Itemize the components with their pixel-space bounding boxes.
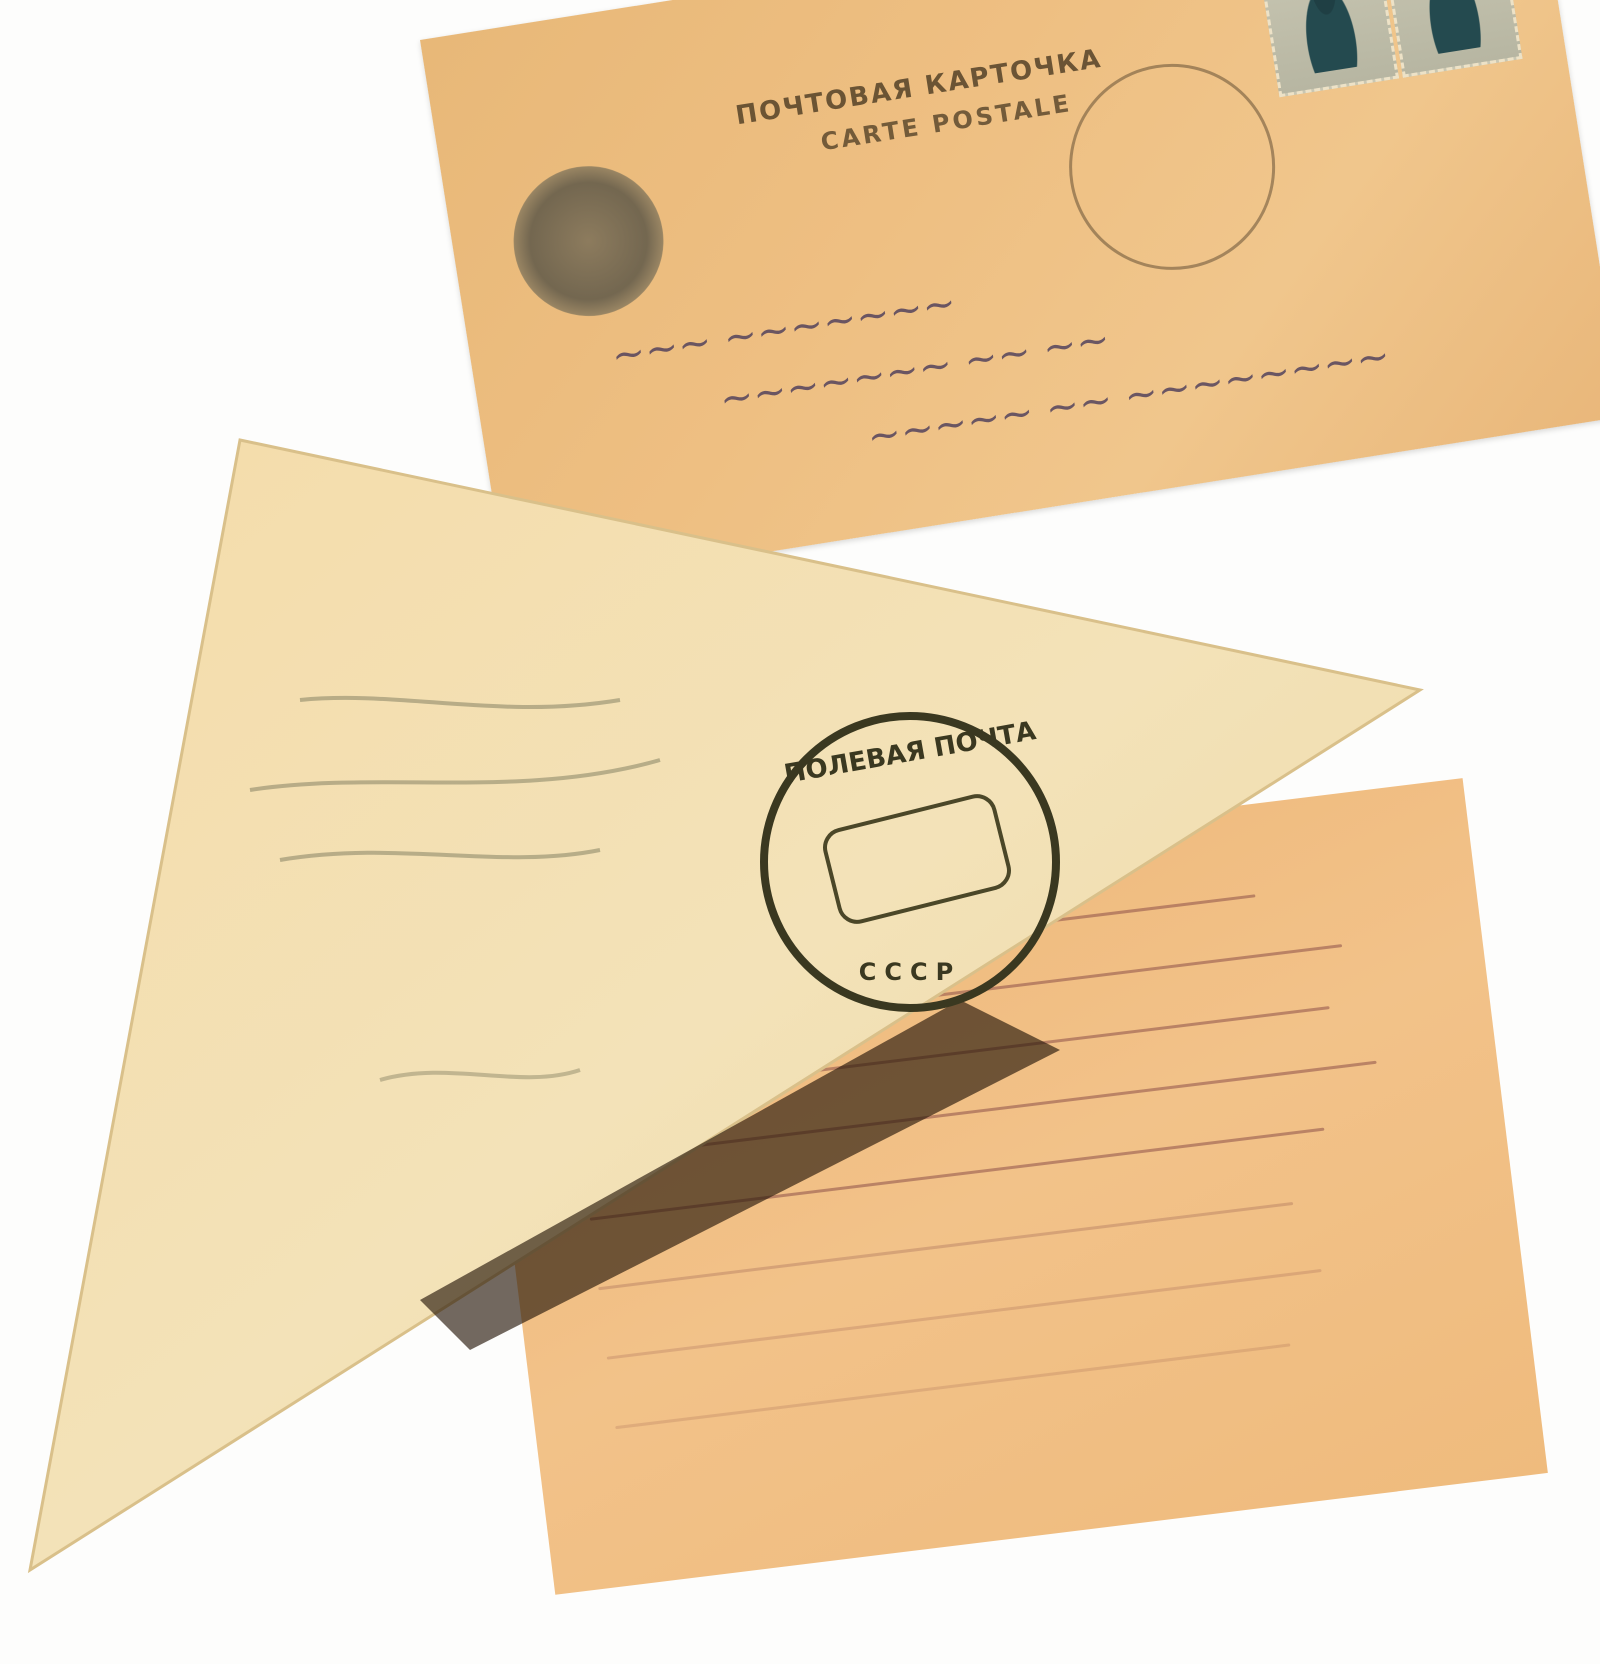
postmark-date-box xyxy=(819,790,1015,928)
postmark-bottom-text: СССР xyxy=(768,958,1052,986)
postmark-stamp: ПОЛЕВАЯ ПОЧТА СССР xyxy=(760,712,1060,1012)
